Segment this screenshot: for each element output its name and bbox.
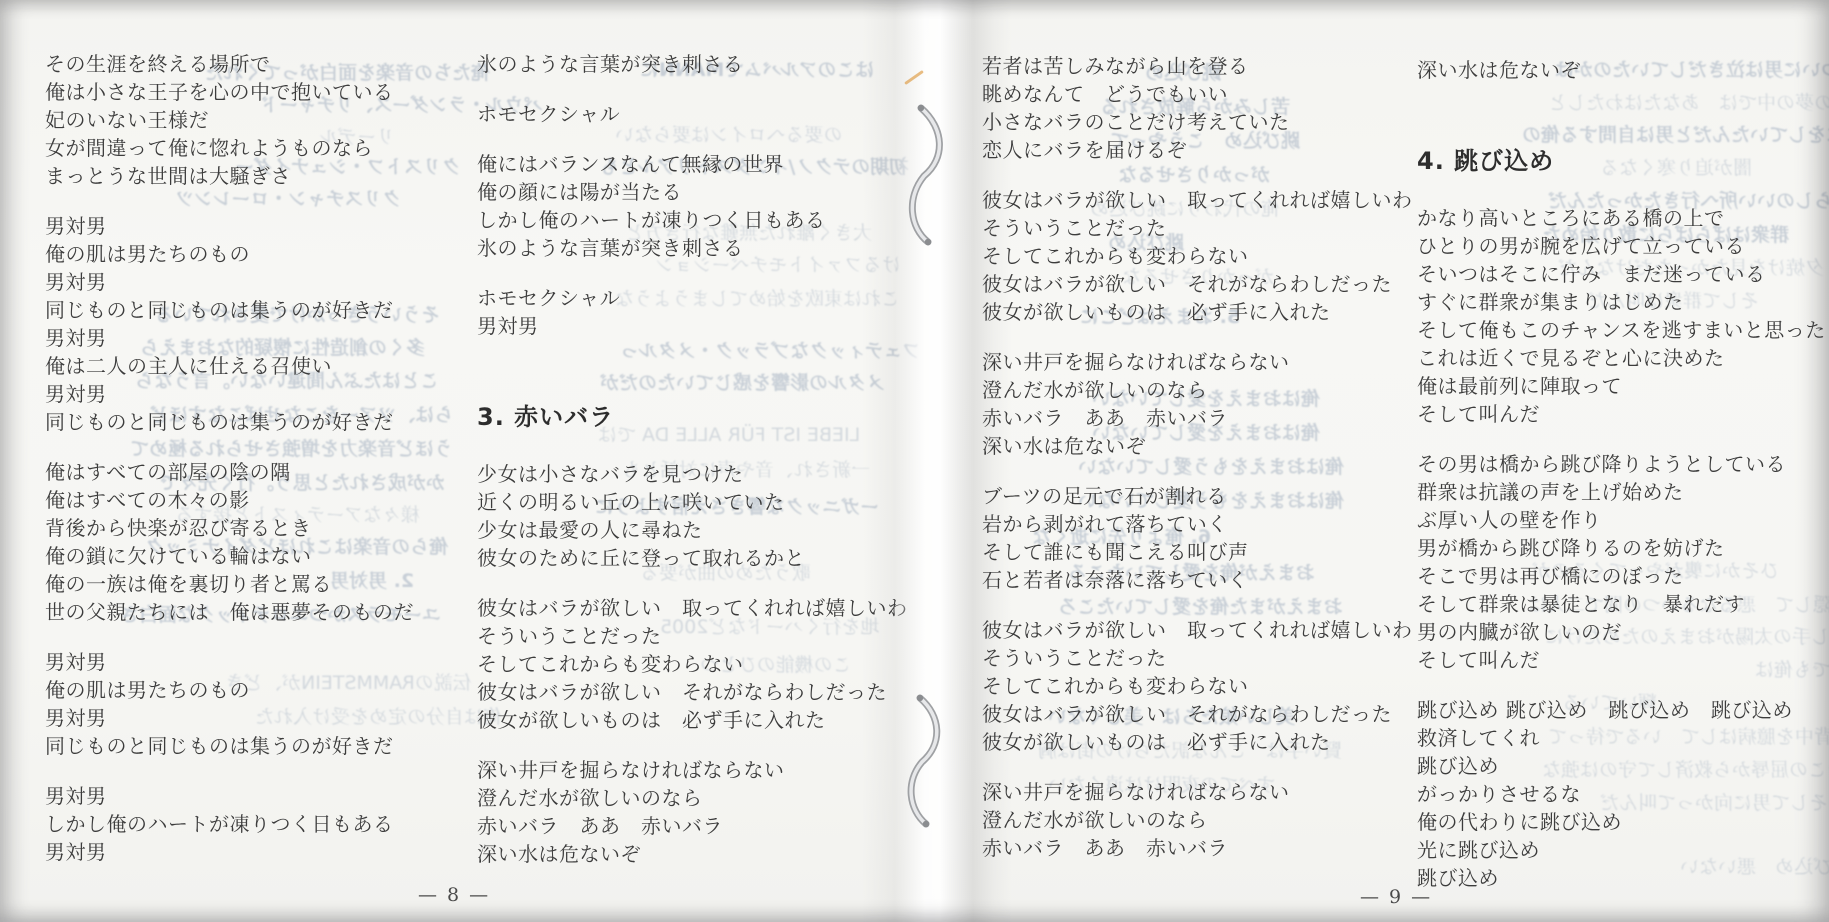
- lyric-line: 深い水は危ないぞ: [477, 840, 922, 868]
- stanza: 彼女はバラが欲しい 取ってくれれば嬉しいわそういうことだったそしてこれからも変わ…: [982, 186, 1427, 326]
- stanza: 氷のような言葉が突き刺さる: [477, 50, 922, 78]
- lyric-line: がっかりさせるな: [1417, 780, 1829, 808]
- lyric-line: そういうことだった: [982, 644, 1427, 672]
- lyric-line: 光に跳び込め: [1417, 836, 1829, 864]
- lyric-line: 群衆は抗議の声を上げ始めた: [1417, 478, 1829, 506]
- lyric-line: 深い水は危ないぞ: [1417, 56, 1829, 84]
- lyric-line: 俺の肌は男たちのもの: [45, 676, 490, 704]
- lyric-line: 少女は最愛の人に尋ねた: [477, 516, 922, 544]
- lyric-line: 跳び込め: [1417, 864, 1829, 892]
- lyric-line: 赤いバラ ああ 赤いバラ: [982, 404, 1427, 432]
- lyric-line: 岩から剥がれて落ちていく: [982, 510, 1427, 538]
- stanza: 俺はすべての部屋の陰の隅俺はすべての木々の影背後から快楽が忍び寄るとき俺の鎖に欠…: [45, 458, 490, 626]
- lyric-line: 彼女はバラが欲しい 取ってくれれば嬉しいわ: [982, 186, 1427, 214]
- lyric-line: 救済してくれ: [1417, 724, 1829, 752]
- lyric-line: そしてこれからも変わらない: [982, 672, 1427, 700]
- lyric-line: 男の内臓が欲しいのだ: [1417, 618, 1829, 646]
- lyric-line: 彼女のために丘に登って取れるかと: [477, 544, 922, 572]
- lyric-line: そういうことだった: [477, 622, 922, 650]
- stanza: ホモセクシャル男対男: [477, 284, 922, 340]
- lyric-line: 俺は二人の主人に仕える召使い: [45, 352, 490, 380]
- staple-icon: [902, 100, 950, 248]
- stanza: その男は橋から跳び降りようとしている群衆は抗議の声を上げ始めたぶ厚い人の壁を作り…: [1417, 450, 1829, 674]
- lyric-line: 3. 赤いバラ: [477, 402, 922, 432]
- lyric-line: 小さなバラのことだけ考えていた: [982, 108, 1427, 136]
- lyric-line: 彼女はバラが欲しい 取ってくれれば嬉しいわ: [477, 594, 922, 622]
- lyric-line: ひとりの男が腕を広げて立っている: [1417, 232, 1829, 260]
- lyric-line: これは近くで見るぞと心に決めた: [1417, 344, 1829, 372]
- lyric-line: その男は橋から跳び降りようとしている: [1417, 450, 1829, 478]
- lyric-line: 澄んだ水が欲しいのなら: [982, 376, 1427, 404]
- lyric-line: まっとうな世間は大騒ぎさ: [45, 162, 490, 190]
- lyric-line: 少女は小さなバラを見つけた: [477, 460, 922, 488]
- lyric-line: すぐに群衆が集まりはじめた: [1417, 288, 1829, 316]
- lyric-line: 男対男: [477, 312, 922, 340]
- stanza: 男対男俺の肌は男たちのもの男対男同じものと同じものは集うのが好きだ男対男俺は二人…: [45, 212, 490, 436]
- lyric-line: 跳び込め 跳び込め 跳び込め 跳び込め: [1417, 696, 1829, 724]
- lyric-line: 近くの明るい丘の上に咲いていた: [477, 488, 922, 516]
- stanza: 跳び込め 跳び込め 跳び込め 跳び込め救済してくれ跳び込めがっかりさせるな俺の代…: [1417, 696, 1829, 892]
- lyric-line: 俺の代わりに跳び込め: [1417, 808, 1829, 836]
- lyric-line: 若者は苦しみながら山を登る: [982, 52, 1427, 80]
- lyric-line: 俺は最前列に陣取って: [1417, 372, 1829, 400]
- page-number-right: — 9 —: [1360, 886, 1432, 908]
- lyric-line: そして叫んだ: [1417, 400, 1829, 428]
- page-number-left: — 8 —: [418, 884, 490, 906]
- lyric-line: しかし俺のハートが凍りつく日もある: [45, 810, 490, 838]
- lyric-line: そこで男は再び橋にのぼった: [1417, 562, 1829, 590]
- lyric-line: 俺の顔には陽が当たる: [477, 178, 922, 206]
- stanza: ホモセクシャル: [477, 100, 922, 128]
- stanza: 男対男しかし俺のハートが凍りつく日もある男対男: [45, 782, 490, 866]
- lyric-line: 俺の肌は男たちのもの: [45, 240, 490, 268]
- lyric-line: 俺はすべての木々の影: [45, 486, 490, 514]
- lyric-line: 深い井戸を掘らなければならない: [982, 348, 1427, 376]
- lyric-line: 氷のような言葉が突き刺さる: [477, 50, 922, 78]
- stanza: ブーツの足元で石が割れる岩から剥がれて落ちていくそして誰にも聞こえる叫び声石と若…: [982, 482, 1427, 594]
- lyrics-column-3: 若者は苦しみながら山を登る眺めなんて どうでもいい小さなバラのことだけ考えていた…: [982, 52, 1427, 884]
- lyric-line: 眺めなんて どうでもいい: [982, 80, 1427, 108]
- stanza: その生涯を終える場所で俺は小さな王子を心の中で抱いている妃のいない王様だ女が間違…: [45, 50, 490, 190]
- booklet-spread: 俺たちの音楽を面白がってくれたパウル・ランダース、リチャードリーデルクリストフ・…: [0, 0, 1829, 922]
- lyric-line: 澄んだ水が欲しいのなら: [477, 784, 922, 812]
- lyric-line: 跳び込め: [1417, 752, 1829, 780]
- lyric-line: かなり高いところにある橋の上で: [1417, 204, 1829, 232]
- lyric-line: 俺はすべての部屋の陰の隅: [45, 458, 490, 486]
- stanza: 深い井戸を掘らなければならない澄んだ水が欲しいのなら赤いバラ ああ 赤いバラ: [982, 778, 1427, 862]
- lyric-line: しかし俺のハートが凍りつく日もある: [477, 206, 922, 234]
- lyric-line: 赤いバラ ああ 赤いバラ: [982, 834, 1427, 862]
- staple-icon: [900, 690, 948, 830]
- lyric-line: 男が橋から跳び降りるのを妨げた: [1417, 534, 1829, 562]
- lyric-line: そして俺もこのチャンスを逃すまいと思った: [1417, 316, 1829, 344]
- lyric-line: そして誰にも聞こえる叫び声: [982, 538, 1427, 566]
- lyric-line: 恋人にバラを届けるぞ: [982, 136, 1427, 164]
- lyrics-column-2: 氷のような言葉が突き刺さるホモセクシャル俺にはバランスなんて無縁の世界俺の顔には…: [477, 50, 922, 890]
- lyric-line: そしてこれからも変わらない: [477, 650, 922, 678]
- song-title: 4. 跳び込め: [1417, 146, 1829, 176]
- lyric-line: 俺にはバランスなんて無縁の世界: [477, 150, 922, 178]
- lyric-line: 深い水は危ないぞ: [982, 432, 1427, 460]
- lyric-line: そしてこれからも変わらない: [982, 242, 1427, 270]
- lyric-line: 赤いバラ ああ 赤いバラ: [477, 812, 922, 840]
- lyric-line: 男対男: [45, 648, 490, 676]
- lyric-line: そして群衆は暴徒となり 暴れだす: [1417, 590, 1829, 618]
- lyric-line: 背後から快楽が忍び寄るとき: [45, 514, 490, 542]
- lyric-line: 男対男: [45, 380, 490, 408]
- lyric-line: ぶ厚い人の壁を作り: [1417, 506, 1829, 534]
- lyric-line: 氷のような言葉が突き刺さる: [477, 234, 922, 262]
- lyric-line: 澄んだ水が欲しいのなら: [982, 806, 1427, 834]
- stanza: 少女は小さなバラを見つけた近くの明るい丘の上に咲いていた少女は最愛の人に尋ねた彼…: [477, 460, 922, 572]
- lyric-line: 男対男: [45, 324, 490, 352]
- lyric-line: 男対男: [45, 212, 490, 240]
- lyric-line: 世の父親たちには 俺は悪夢そのものだ: [45, 598, 490, 626]
- stanza: 彼女はバラが欲しい 取ってくれれば嬉しいわそういうことだったそしてこれからも変わ…: [982, 616, 1427, 756]
- lyric-line: 石と若者は奈落に落ちていく: [982, 566, 1427, 594]
- lyric-line: 4. 跳び込め: [1417, 146, 1829, 176]
- lyric-line: ブーツの足元で石が割れる: [982, 482, 1427, 510]
- stanza: 深い井戸を掘らなければならない澄んだ水が欲しいのなら赤いバラ ああ 赤いバラ深い…: [982, 348, 1427, 460]
- lyric-line: そういうことだった: [982, 214, 1427, 242]
- lyric-line: そして叫んだ: [1417, 646, 1829, 674]
- song-title: 3. 赤いバラ: [477, 402, 922, 432]
- lyric-line: 同じものと同じものは集うのが好きだ: [45, 408, 490, 436]
- stanza: 俺にはバランスなんて無縁の世界俺の顔には陽が当たるしかし俺のハートが凍りつく日も…: [477, 150, 922, 262]
- lyric-line: 彼女はバラが欲しい それがならわしだった: [982, 270, 1427, 298]
- lyric-line: 深い井戸を掘らなければならない: [982, 778, 1427, 806]
- stanza: 彼女はバラが欲しい 取ってくれれば嬉しいわそういうことだったそしてこれからも変わ…: [477, 594, 922, 734]
- lyric-line: 同じものと同じものは集うのが好きだ: [45, 296, 490, 324]
- lyric-line: その生涯を終える場所で: [45, 50, 490, 78]
- lyrics-column-4: 深い水は危ないぞ4. 跳び込めかなり高いところにある橋の上でひとりの男が腕を広げ…: [1417, 56, 1829, 914]
- lyric-line: 男対男: [45, 782, 490, 810]
- lyric-line: 俺の鎖に欠けている輪はない: [45, 542, 490, 570]
- stanza: 深い井戸を掘らなければならない澄んだ水が欲しいのなら赤いバラ ああ 赤いバラ深い…: [477, 756, 922, 868]
- lyric-line: 彼女はバラが欲しい 取ってくれれば嬉しいわ: [982, 616, 1427, 644]
- lyric-line: 彼女が欲しいものは 必ず手に入れた: [982, 728, 1427, 756]
- lyric-line: 彼女が欲しいものは 必ず手に入れた: [477, 706, 922, 734]
- stanza: 深い水は危ないぞ: [1417, 56, 1829, 84]
- lyric-line: 男対男: [45, 704, 490, 732]
- lyric-line: 彼女はバラが欲しい それがならわしだった: [982, 700, 1427, 728]
- stanza: 男対男俺の肌は男たちのもの男対男同じものと同じものは集うのが好きだ: [45, 648, 490, 760]
- lyric-line: 俺は小さな王子を心の中で抱いている: [45, 78, 490, 106]
- lyric-line: 彼女はバラが欲しい それがならわしだった: [477, 678, 922, 706]
- lyric-line: ホモセクシャル: [477, 100, 922, 128]
- lyric-line: 男対男: [45, 268, 490, 296]
- lyric-line: 同じものと同じものは集うのが好きだ: [45, 732, 490, 760]
- lyric-line: ホモセクシャル: [477, 284, 922, 312]
- lyrics-column-1: その生涯を終える場所で俺は小さな王子を心の中で抱いている妃のいない王様だ女が間違…: [45, 50, 490, 888]
- lyric-line: 妃のいない王様だ: [45, 106, 490, 134]
- stanza: かなり高いところにある橋の上でひとりの男が腕を広げて立っているそいつはそこに佇み…: [1417, 204, 1829, 428]
- lyric-line: 俺の一族は俺を裏切り者と罵る: [45, 570, 490, 598]
- lyric-line: 男対男: [45, 838, 490, 866]
- lyric-line: 彼女が欲しいものは 必ず手に入れた: [982, 298, 1427, 326]
- stanza: 若者は苦しみながら山を登る眺めなんて どうでもいい小さなバラのことだけ考えていた…: [982, 52, 1427, 164]
- lyric-line: 深い井戸を掘らなければならない: [477, 756, 922, 784]
- lyric-line: 女が間違って俺に惚れようものなら: [45, 134, 490, 162]
- lyric-line: そいつはそこに佇み まだ迷っている: [1417, 260, 1829, 288]
